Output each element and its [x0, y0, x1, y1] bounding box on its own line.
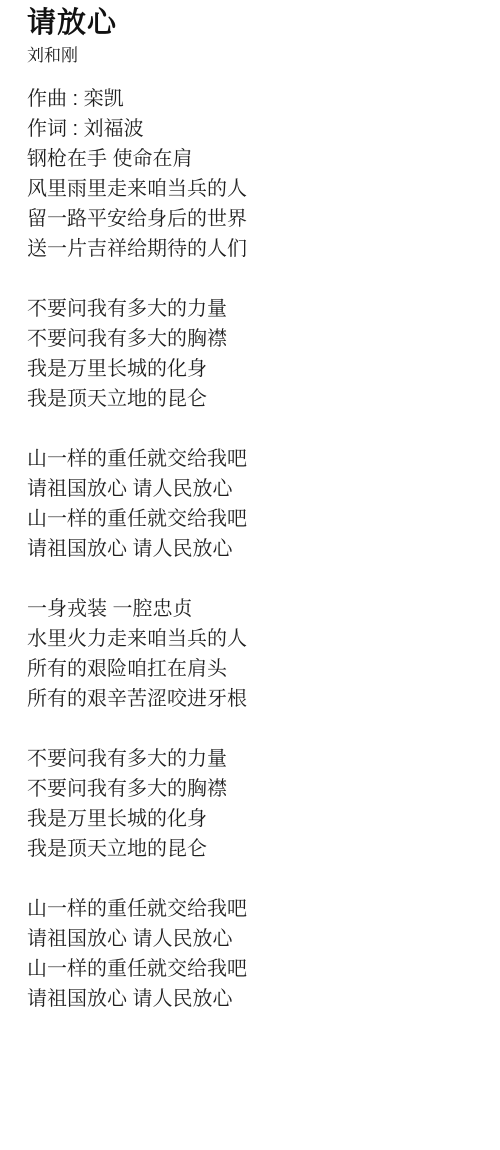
lyrics-line: 我是万里长城的化身	[27, 804, 480, 834]
lyrics-stanza: 山一样的重任就交给我吧请祖国放心 请人民放心山一样的重任就交给我吧请祖国放心 请…	[27, 894, 480, 1014]
lyrics-line: 请祖国放心 请人民放心	[27, 984, 480, 1014]
lyrics-line: 留一路平安给身后的世界	[27, 204, 480, 234]
lyrics-line: 山一样的重任就交给我吧	[27, 504, 480, 534]
lyrics-line: 请祖国放心 请人民放心	[27, 534, 480, 564]
lyrics-line: 所有的艰险咱扛在肩头	[27, 654, 480, 684]
lyrics-stanza: 一身戎装 一腔忠贞水里火力走来咱当兵的人所有的艰险咱扛在肩头所有的艰辛苦涩咬进牙…	[27, 594, 480, 714]
lyrics-line: 不要问我有多大的力量	[27, 294, 480, 324]
lyrics-line: 作词 : 刘福波	[27, 114, 480, 144]
lyrics-stanza: 作曲 : 栾凯作词 : 刘福波钢枪在手 使命在肩风里雨里走来咱当兵的人留一路平安…	[27, 84, 480, 264]
lyrics-line: 送一片吉祥给期待的人们	[27, 234, 480, 264]
lyrics-line: 所有的艰辛苦涩咬进牙根	[27, 684, 480, 714]
lyrics-line: 不要问我有多大的力量	[27, 744, 480, 774]
lyrics-stanza: 山一样的重任就交给我吧请祖国放心 请人民放心山一样的重任就交给我吧请祖国放心 请…	[27, 444, 480, 564]
lyrics-line: 作曲 : 栾凯	[27, 84, 480, 114]
lyrics-line: 请祖国放心 请人民放心	[27, 474, 480, 504]
lyrics-line: 不要问我有多大的胸襟	[27, 324, 480, 354]
lyrics: 作曲 : 栾凯作词 : 刘福波钢枪在手 使命在肩风里雨里走来咱当兵的人留一路平安…	[27, 84, 480, 1014]
lyrics-line: 一身戎装 一腔忠贞	[27, 594, 480, 624]
lyrics-line: 山一样的重任就交给我吧	[27, 954, 480, 984]
lyrics-page: 请放心 刘和刚 作曲 : 栾凯作词 : 刘福波钢枪在手 使命在肩风里雨里走来咱当…	[0, 0, 500, 1014]
lyrics-line: 我是顶天立地的昆仑	[27, 384, 480, 414]
lyrics-line: 山一样的重任就交给我吧	[27, 894, 480, 924]
lyrics-line: 我是顶天立地的昆仑	[27, 834, 480, 864]
lyrics-line: 不要问我有多大的胸襟	[27, 774, 480, 804]
lyrics-line: 请祖国放心 请人民放心	[27, 924, 480, 954]
song-title: 请放心	[27, 6, 480, 40]
lyrics-line: 山一样的重任就交给我吧	[27, 444, 480, 474]
lyrics-line: 风里雨里走来咱当兵的人	[27, 174, 480, 204]
lyrics-line: 我是万里长城的化身	[27, 354, 480, 384]
lyrics-stanza: 不要问我有多大的力量不要问我有多大的胸襟我是万里长城的化身我是顶天立地的昆仑	[27, 744, 480, 864]
artist-name: 刘和刚	[27, 45, 480, 67]
lyrics-line: 水里火力走来咱当兵的人	[27, 624, 480, 654]
lyrics-line: 钢枪在手 使命在肩	[27, 144, 480, 174]
lyrics-stanza: 不要问我有多大的力量不要问我有多大的胸襟我是万里长城的化身我是顶天立地的昆仑	[27, 294, 480, 414]
